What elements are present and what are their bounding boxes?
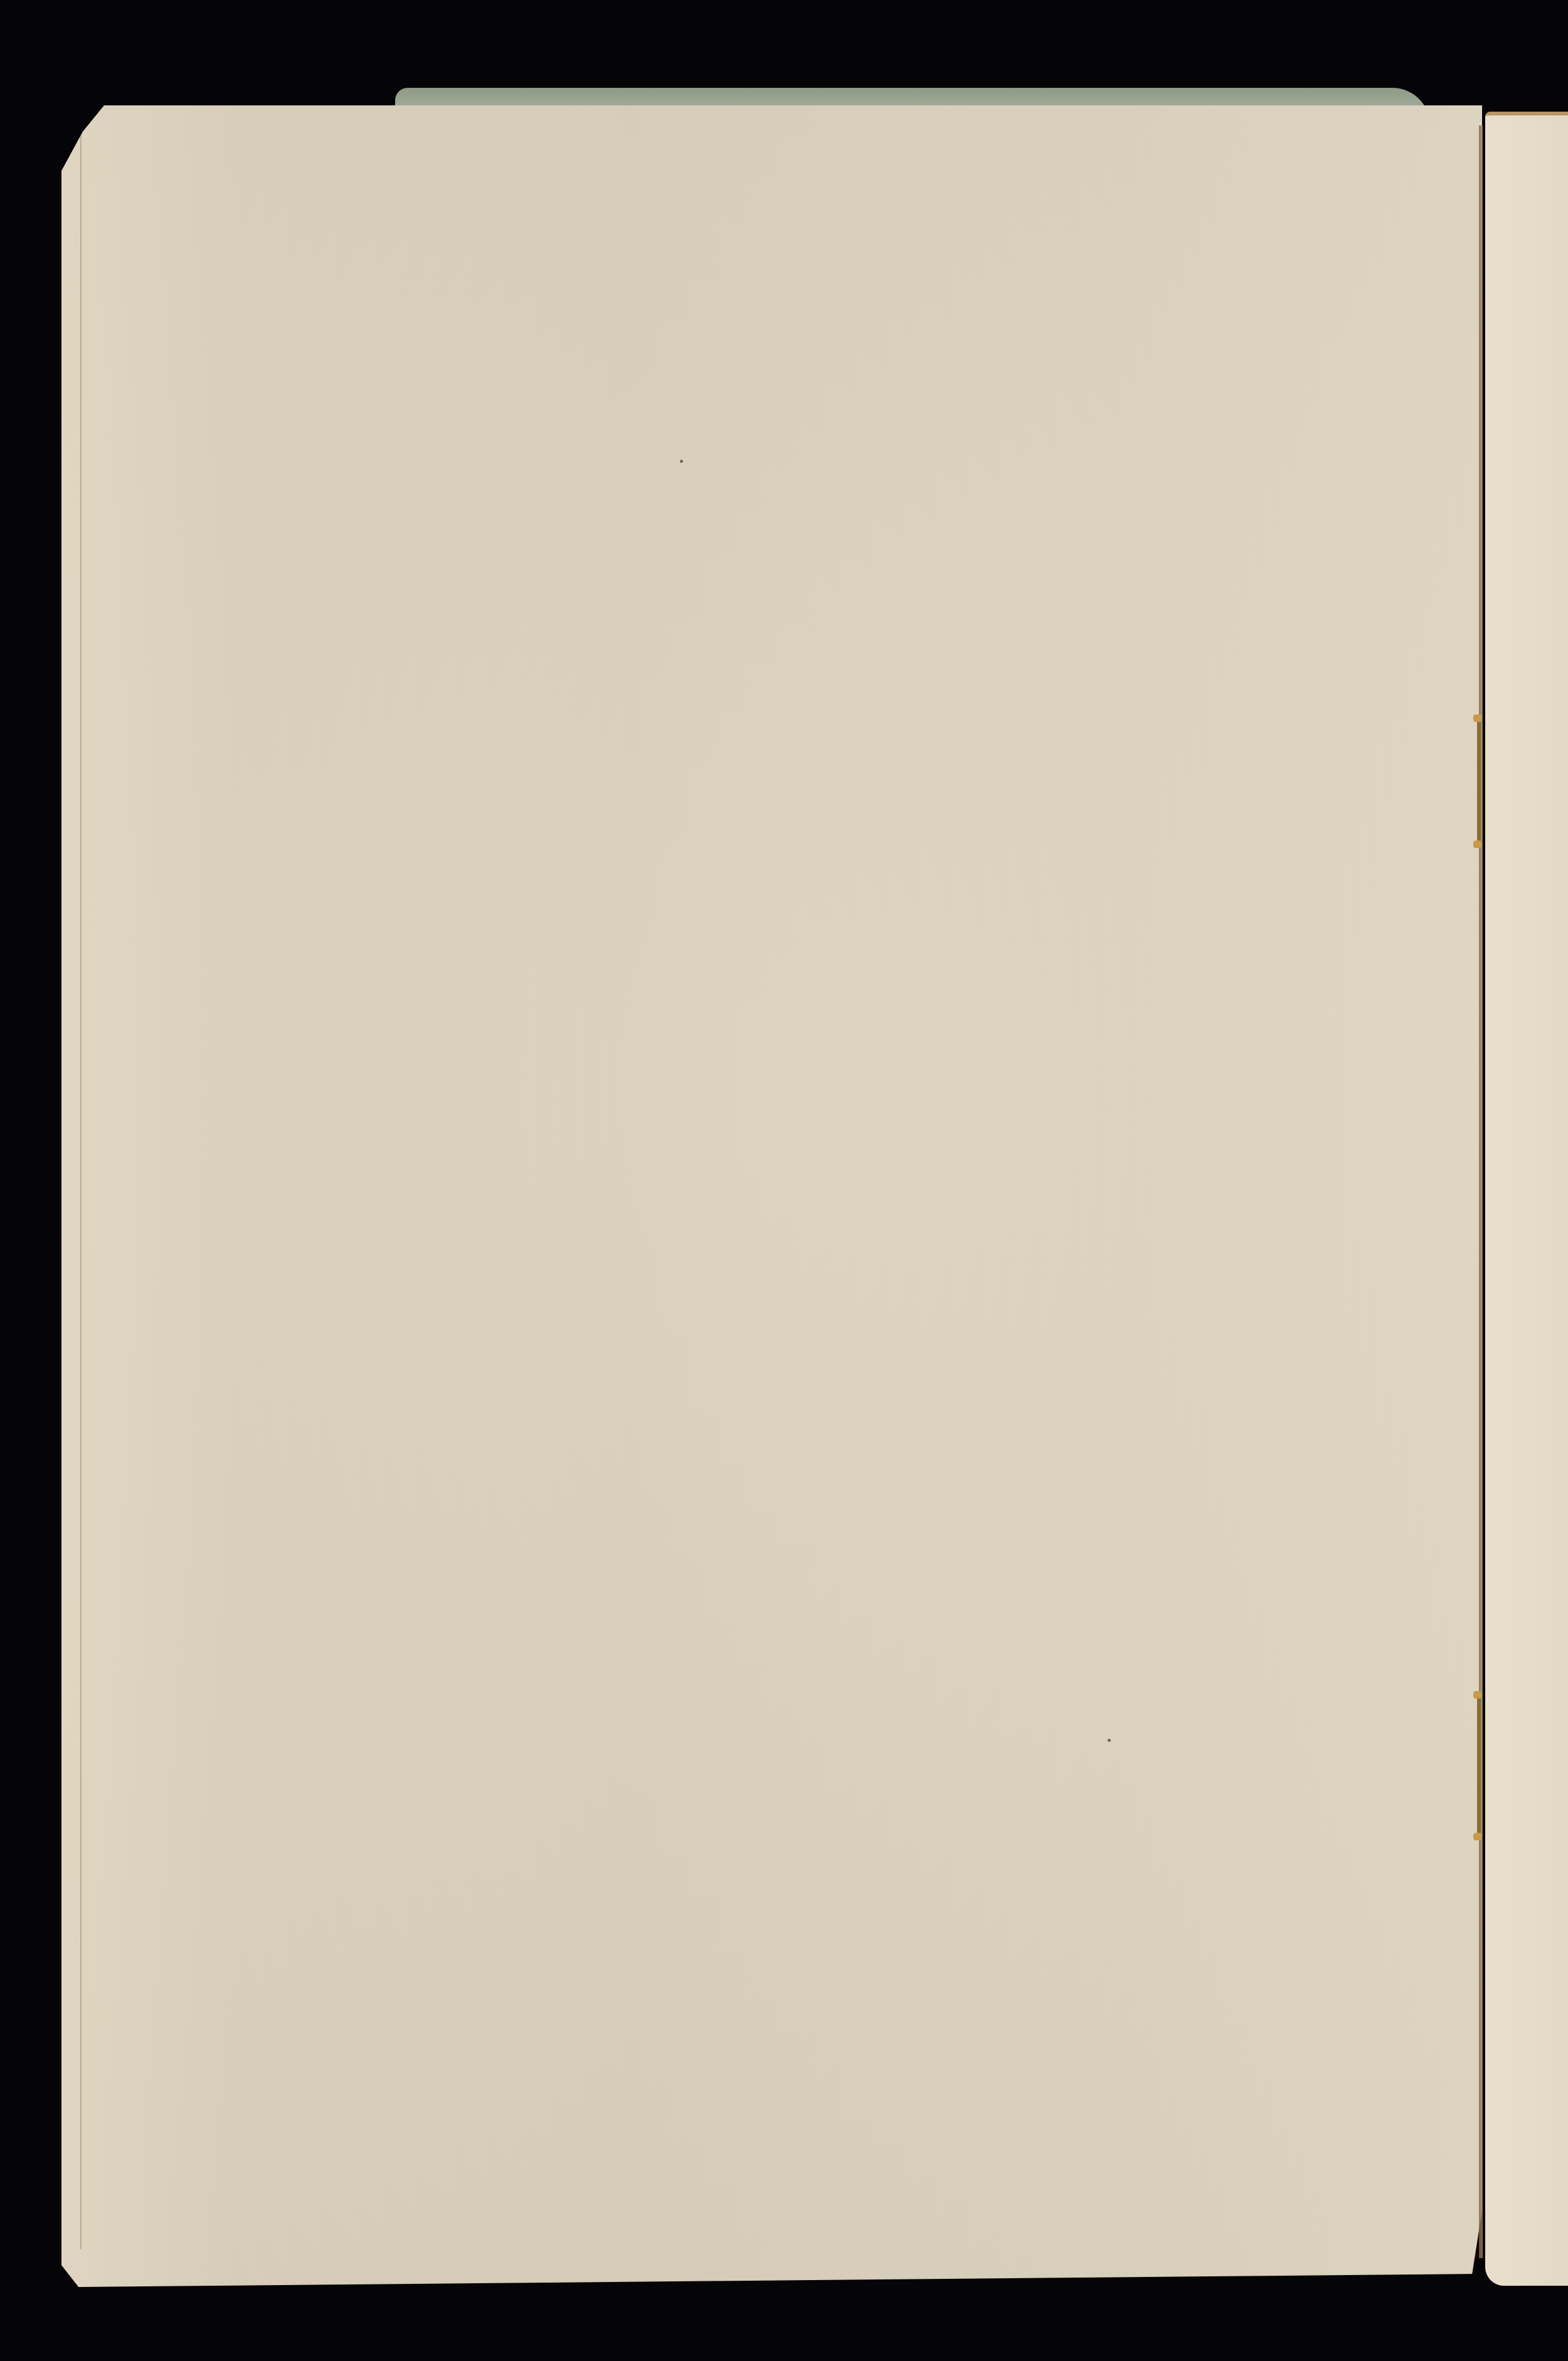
- staple-icon: [1477, 1694, 1481, 1838]
- paper-speck: [1108, 1739, 1111, 1742]
- paper-speck: [680, 460, 683, 463]
- gutter-fold: [1479, 125, 1483, 2258]
- left-page: [61, 105, 1482, 2287]
- right-page-edge: [1485, 112, 1568, 2286]
- staple-icon: [1477, 717, 1481, 846]
